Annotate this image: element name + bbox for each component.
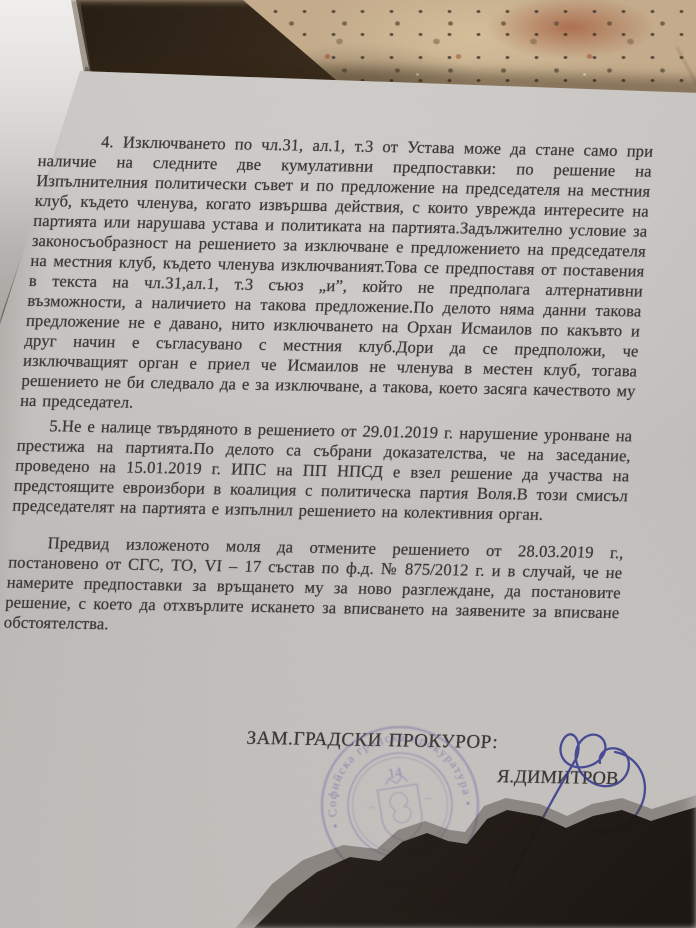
paragraph-5: 5.Не е налице твърдяното в решението от … [12, 416, 633, 527]
stamp-number: 14 [387, 765, 403, 782]
paragraph-4: 4. Изключването по чл.31, ал.1, т.3 от У… [19, 131, 653, 421]
photo-of-document: 4. Изключването по чл.31, ал.1, т.3 от У… [0, 0, 696, 928]
paragraph-closing-request: Предвид изложеното моля да отмените реше… [3, 533, 624, 644]
